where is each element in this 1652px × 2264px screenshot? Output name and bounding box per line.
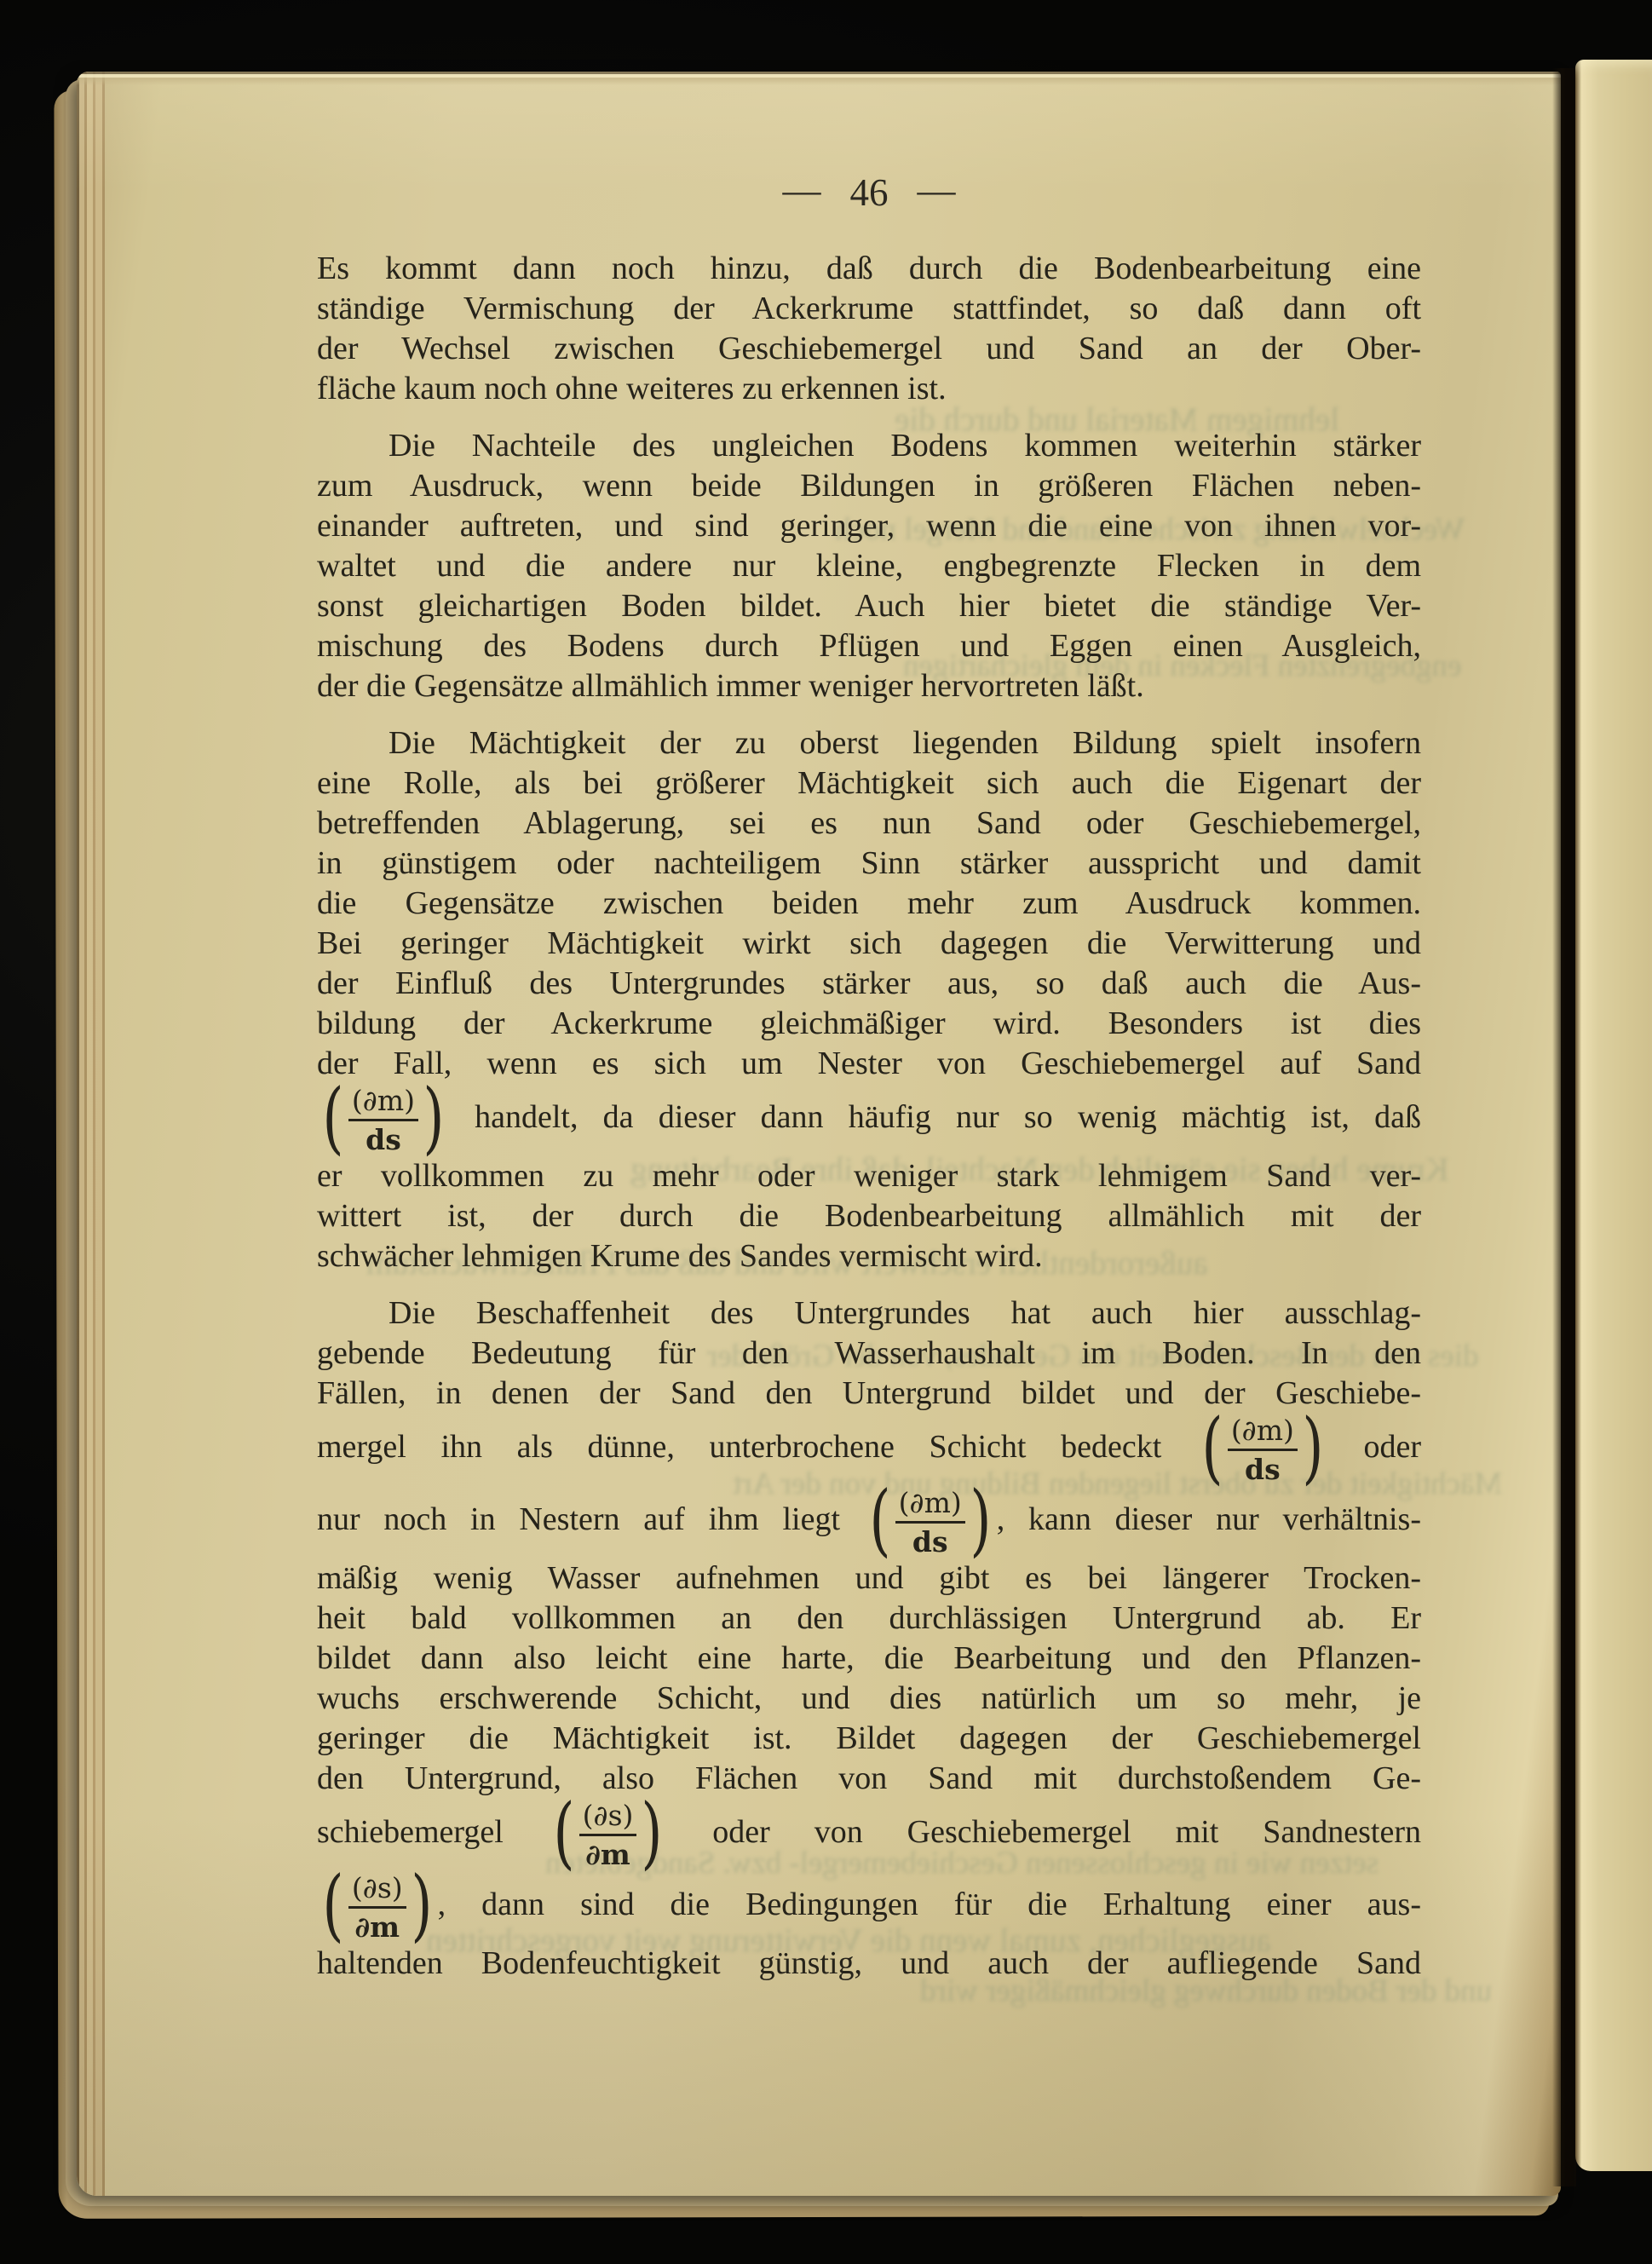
left-paren: (: [1201, 1415, 1223, 1479]
text-line: schwächer lehmigen Krume des Sandes verm…: [317, 1236, 1421, 1276]
text-line: er vollkommen zu mehr oder weniger stark…: [317, 1156, 1421, 1196]
partial-fraction-formula: ((∂m)ds): [1197, 1416, 1328, 1483]
fraction: (∂s)∂m: [579, 1801, 637, 1869]
right-paren: ): [423, 1086, 444, 1149]
text-line: einander auftreten, und sind geringer, w…: [317, 506, 1421, 546]
text-line: gebende Bedeutung für den Wasserhaushalt…: [317, 1334, 1421, 1374]
paragraph: Es kommt dann noch hinzu, daß durch die …: [317, 249, 1421, 409]
right-paren: ): [411, 1873, 432, 1937]
right-paren: ): [642, 1800, 663, 1864]
left-paren: (: [553, 1800, 574, 1864]
fraction-denominator: ∂m: [582, 1836, 634, 1869]
text-line: schiebemergel ((∂s)∂m) oder von Geschieb…: [317, 1799, 1421, 1871]
paragraph: Die Mächtigkeit der zu oberst liegenden …: [317, 723, 1421, 1276]
left-paren: (: [869, 1488, 890, 1552]
text-line: geringer die Mächtigkeit ist. Bildet dag…: [317, 1719, 1421, 1759]
left-paren: (: [322, 1086, 343, 1149]
partial-fraction-formula: ((∂m)ds): [865, 1489, 996, 1556]
text-line: betreffenden Ablagerung, sei es nun Sand…: [317, 804, 1421, 844]
header-left-dash: —: [783, 168, 821, 212]
right-paren: ): [970, 1488, 991, 1552]
next-page-edge: [1575, 60, 1652, 2171]
text-line: Fällen, in denen der Sand den Untergrund…: [317, 1374, 1421, 1414]
fraction-numerator: (∂s): [348, 1874, 406, 1906]
text-line: die Gegensätze zwischen beiden mehr zum …: [317, 884, 1421, 924]
fraction: (∂s)∂m: [348, 1874, 406, 1941]
text-line: Die Nachteile des ungleichen Bodens komm…: [317, 426, 1421, 466]
text-line: Es kommt dann noch hinzu, daß durch die …: [317, 249, 1421, 289]
fraction-numerator: (∂s): [579, 1801, 637, 1834]
fraction: (∂m)ds: [895, 1489, 965, 1556]
partial-fraction-formula: ((∂s)∂m): [549, 1801, 668, 1869]
page-number: 46: [850, 170, 889, 215]
paragraph: Die Beschaffenheit des Untergrundes hat …: [317, 1293, 1421, 1984]
text-line: bildet dann also leicht eine harte, die …: [317, 1639, 1421, 1679]
photographed-book-spread: { "document": { "language": "de", "page_…: [0, 0, 1652, 2264]
text-line: nur noch in Nestern auf ihm liegt ((∂m)d…: [317, 1486, 1421, 1558]
fraction-denominator: ds: [362, 1121, 405, 1154]
left-page-edge-stack: [77, 72, 114, 2196]
text-line: den Untergrund, also Flächen von Sand mi…: [317, 1759, 1421, 1799]
paragraph: Die Nachteile des ungleichen Bodens komm…: [317, 426, 1421, 706]
header-right-dash: —: [918, 168, 956, 212]
text-line: eine Rolle, als bei größerer Mächtigkeit…: [317, 763, 1421, 804]
text-line: wittert ist, der durch die Bodenbearbeit…: [317, 1196, 1421, 1236]
text-line: mischung des Bodens durch Pflügen und Eg…: [317, 626, 1421, 666]
text-line: der Fall, wenn es sich um Nester von Ges…: [317, 1044, 1421, 1084]
text-line: Die Beschaffenheit des Untergrundes hat …: [317, 1293, 1421, 1334]
fraction-denominator: ds: [1241, 1451, 1284, 1483]
text-line: Bei geringer Mächtigkeit wirkt sich dage…: [317, 924, 1421, 964]
fraction-numerator: (∂m): [895, 1489, 965, 1521]
fraction-numerator: (∂m): [1228, 1416, 1298, 1449]
top-page-edge: [77, 72, 1561, 85]
partial-fraction-formula: ((∂m)ds): [318, 1086, 449, 1154]
partial-fraction-formula: ((∂s)∂m): [318, 1874, 437, 1941]
fraction-denominator: ds: [909, 1524, 952, 1556]
text-line: der die Gegensätze allmählich immer weni…: [317, 666, 1421, 706]
text-line: der Einfluß des Untergrundes stärker aus…: [317, 964, 1421, 1004]
text-line: ((∂m)ds) handelt, da dieser dann häufig …: [317, 1084, 1421, 1156]
gutter-shadow: [1552, 68, 1576, 2186]
page-number-header: —46—: [317, 170, 1421, 215]
fraction: (∂m)ds: [1228, 1416, 1298, 1483]
text-line: sonst gleichartigen Boden bildet. Auch h…: [317, 586, 1421, 626]
text-line: waltet und die andere nur kleine, engbeg…: [317, 546, 1421, 586]
text-line: wuchs erschwerende Schicht, und dies nat…: [317, 1679, 1421, 1719]
text-block: —46— Es kommt dann noch hinzu, daß durch…: [317, 170, 1421, 1984]
text-line: haltenden Bodenfeuchtigkeit günstig, und…: [317, 1944, 1421, 1984]
text-line: fläche kaum noch ohne weiteres zu erkenn…: [317, 369, 1421, 409]
text-line: ständige Vermischung der Ackerkrume stat…: [317, 289, 1421, 329]
fraction-numerator: (∂m): [348, 1086, 418, 1119]
text-line: zum Ausdruck, wenn beide Bildungen in gr…: [317, 466, 1421, 506]
text-line: in günstigem oder nachteiligem Sinn stär…: [317, 844, 1421, 884]
right-paren: ): [1302, 1415, 1323, 1479]
text-line: heit bald vollkommen an den durchlässige…: [317, 1599, 1421, 1639]
text-line: ((∂s)∂m), dann sind die Bedingungen für …: [317, 1871, 1421, 1944]
body-text: Es kommt dann noch hinzu, daß durch die …: [317, 249, 1421, 1984]
text-line: der Wechsel zwischen Geschiebemergel und…: [317, 329, 1421, 369]
fraction: (∂m)ds: [348, 1086, 418, 1154]
left-paren: (: [322, 1873, 343, 1937]
text-line: Die Mächtigkeit der zu oberst liegenden …: [317, 723, 1421, 763]
fraction-denominator: ∂m: [352, 1909, 404, 1941]
text-line: bildung der Ackerkrume gleichmäßiger wir…: [317, 1004, 1421, 1044]
